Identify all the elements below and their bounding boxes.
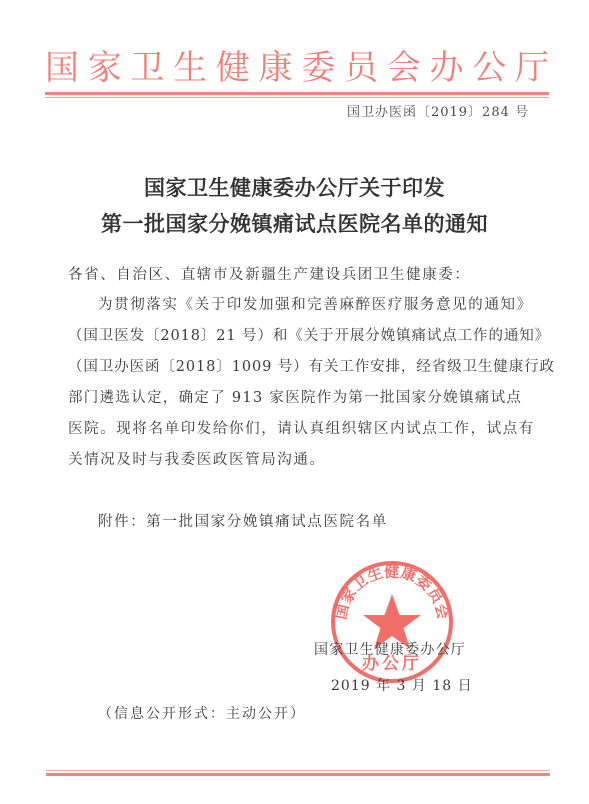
letterhead-char: 办 — [429, 48, 463, 88]
letterhead-char: 康 — [259, 48, 293, 88]
letterhead-char: 卫 — [130, 48, 164, 88]
letterhead-char: 健 — [216, 48, 250, 88]
official-seal-icon: 国家卫生健康委员会 办公厅 — [330, 558, 454, 684]
body-paragraph-line: 医院。现将名单印发给你们，请认真组织辖区内试点工作，试点有 — [68, 419, 538, 439]
body-paragraph-line: 为贯彻落实《关于印发加强和完善麻醉医疗服务意见的通知》 — [98, 295, 568, 315]
letterhead-divider-thin — [45, 97, 549, 98]
salutation: 各省、自治区、直辖市及新疆生产建设兵团卫生健康委： — [68, 265, 538, 285]
letterhead-org-name: 国 家 卫 生 健 康 委 员 会 办 公 厅 — [45, 48, 549, 88]
footer-divider-thin — [46, 770, 550, 771]
document-number: 国卫办医函〔2019〕284 号 — [347, 104, 529, 122]
letterhead-char: 国 — [45, 48, 79, 88]
letterhead-divider-thick — [45, 92, 549, 95]
letterhead-char: 委 — [301, 48, 335, 88]
letterhead-char: 员 — [344, 48, 378, 88]
body-paragraph-line: （国卫医发〔2018〕21 号）和《关于开展分娩镇痛试点工作的通知》 — [68, 326, 538, 346]
body-paragraph-line: （国卫办医函〔2018〕1009 号）有关工作安排，经省级卫生健康行政 — [68, 357, 538, 377]
letterhead-char: 生 — [173, 48, 207, 88]
footer-divider-thick — [46, 773, 550, 776]
signature-organization: 国家卫生健康委办公厅 — [314, 640, 466, 660]
document-title-line-1: 国家卫生健康委办公厅关于印发 — [0, 174, 589, 202]
letterhead-char: 会 — [387, 48, 421, 88]
document-title-line-2: 第一批国家分娩镇痛试点医院名单的通知 — [0, 210, 589, 238]
attachment-note: 附件：第一批国家分娩镇痛试点医院名单 — [98, 512, 568, 532]
letterhead-char: 公 — [472, 48, 506, 88]
body-paragraph-line: 关情况及时与我委医政医管局沟通。 — [68, 450, 538, 470]
signature-date: 2019 年 3 月 18 日 — [331, 676, 473, 696]
disclosure-note: （信息公开形式：主动公开） — [98, 704, 306, 724]
body-paragraph-line: 部门遴选认定，确定了 913 家医院作为第一批国家分娩镇痛试点 — [68, 388, 538, 408]
letterhead-char: 家 — [88, 48, 122, 88]
letterhead-char: 厅 — [515, 48, 549, 88]
